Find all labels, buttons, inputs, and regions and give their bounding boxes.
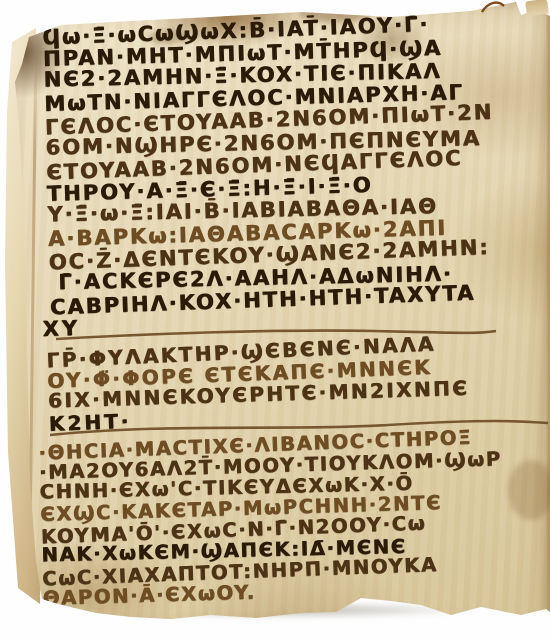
ink-stain: [508, 460, 550, 520]
text-section-offering: ·ΘHCIA·MACTIXЄ·ΛIBANOC·CTHPOΞ·MA2OY6AΛ2T…: [38, 427, 506, 609]
manuscript-photo: Ϥω·Ξ̄·ωCωϢωX:B̄·IAT̄·IAOY·Γ̄·ΠPAN·MHT·MΠ…: [0, 0, 550, 640]
torn-edge-tab: [525, 0, 549, 16]
fiber-curl: [480, 0, 506, 14]
manuscript-page: Ϥω·Ξ̄·ωCωϢωX:B̄·IAT̄·IAOY·Γ̄·ΠPAN·MHT·MΠ…: [0, 0, 550, 640]
text-section-invocation: Ϥω·Ξ̄·ωCωϢωX:B̄·IAT̄·IAOY·Γ̄·ΠPAN·MHT·MΠ…: [42, 12, 499, 339]
